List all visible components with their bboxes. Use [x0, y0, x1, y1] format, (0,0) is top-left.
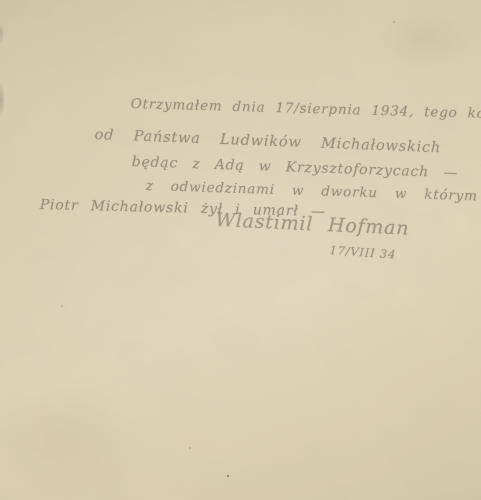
handwritten-line-1: Otrzymałem dnia 17/sierpnia 1934, tego k… — [131, 96, 481, 123]
signature: Wlastimil Hofman — [215, 209, 410, 240]
date-notation: 17/VIII 34 — [329, 243, 397, 262]
paper-grain-texture — [0, 0, 481, 500]
handwritten-line-2: od Państwa Ludwików Michałowskich — [94, 127, 441, 156]
paper-stains — [0, 0, 481, 500]
handwritten-line-3: będąc z Adą w Krzysztoforzycach — — [131, 154, 458, 181]
photo-vignette — [0, 0, 481, 500]
aged-paper-photo: Otrzymałem dnia 17/sierpnia 1934, tego k… — [0, 0, 481, 500]
